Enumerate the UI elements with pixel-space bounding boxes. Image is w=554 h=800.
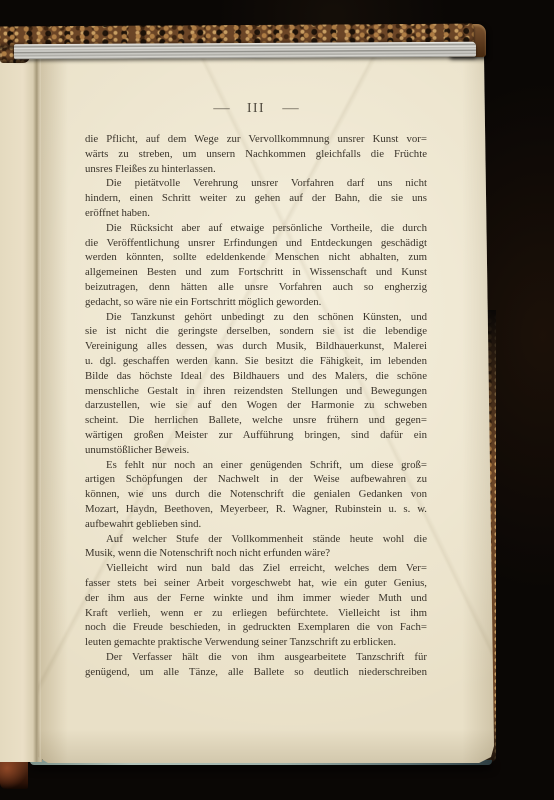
text-line: Mozart, Haydn, Beethoven, Meyerbeer, R. … (85, 502, 427, 517)
paragraph: Vielleicht wird nun bald das Ziel erreic… (85, 561, 427, 650)
paragraph: Der Verfasser hält die von ihm ausgearbe… (85, 650, 427, 680)
text-line: Die pietätvolle Verehrung unsrer Vorfahr… (85, 176, 427, 191)
text-line: können, wie uns durch die Notenschrift d… (85, 487, 427, 502)
text-line: Auf welcher Stufe der Vollkommenheit stä… (85, 532, 427, 547)
text-line: Kraft verlieh, wenn er zu erliegen befür… (85, 606, 427, 621)
text-line: sie ist nicht die geringste derselben, s… (85, 324, 427, 339)
text-line: werden könnten, sollte edeldenkende Mens… (85, 250, 427, 265)
text-line: Vielleicht wird nun bald das Ziel erreic… (85, 561, 427, 576)
text-line: Die Rücksicht aber auf etwaige persönlic… (85, 221, 427, 236)
text-line: Der Verfasser hält die von ihm ausgearbe… (85, 650, 427, 665)
text-line: Es fehlt nur noch an einer genügenden Sc… (85, 458, 427, 473)
text-line: Bilde das höchste Ideal des Bildhauers u… (85, 369, 427, 384)
paragraph: Die Rücksicht aber auf etwaige persönlic… (85, 221, 427, 310)
header-dash-left: — (213, 100, 229, 116)
page-content: — III — die Pflicht, auf dem Wege zur Ve… (85, 100, 427, 679)
text-line: Die Tanzkunst gehört unbedingt zu den sc… (85, 310, 427, 325)
text-line: genügend, um alle Tänze, alle Ballete so… (85, 665, 427, 680)
text-line: eröffnet haben. (85, 206, 427, 221)
text-line: Vereinigung alles dessen, was durch Musi… (85, 339, 427, 354)
text-line: darzustellen, wie sie auf den Wogen der … (85, 398, 427, 413)
paragraph: die Pflicht, auf dem Wege zur Vervollkom… (85, 132, 427, 176)
text-line: fasser stets bei seiner Arbeit vorgeschw… (85, 576, 427, 591)
text-line: unsres Fleißes zu hinterlassen. (85, 162, 427, 177)
text-line: hindern, einen Schritt weiter zu gehen a… (85, 191, 427, 206)
text-line: scheint. Die herrlichen Ballete, welche … (85, 413, 427, 428)
text-line: beizutragen, denn hätten alle unsre Vorf… (85, 280, 427, 295)
text-line: wärts zu streben, um unsern Nachkommen g… (85, 147, 427, 162)
text-line: noch die Freude beschieden, in gedruckte… (85, 620, 427, 635)
header-dash-right: — (282, 100, 298, 116)
text-line: aufbewahrt geblieben sind. (85, 517, 427, 532)
text-line: menschliche Gestalt in ihren reizendsten… (85, 384, 427, 399)
text-block: die Pflicht, auf dem Wege zur Vervollkom… (85, 132, 427, 679)
text-line: allgemeinen Besten und zum Fortschritt i… (85, 265, 427, 280)
text-line: gedacht, so wäre nie ein Fortschritt mög… (85, 295, 427, 310)
paragraph: Die Tanzkunst gehört unbedingt zu den sc… (85, 310, 427, 458)
text-line: wärtigen großen Meister zur Aufführung b… (85, 428, 427, 443)
page-number: III (247, 100, 265, 116)
text-line: Musik, wenn die Notenschrift noch nicht … (85, 546, 427, 561)
text-line: artigen Schöpfungen der Nachwelt in der … (85, 472, 427, 487)
page-stack-edge (14, 42, 476, 59)
text-line: leuten gemachte praktische Verwendung se… (85, 635, 427, 650)
text-line: die Pflicht, auf dem Wege zur Vervollkom… (85, 132, 427, 147)
text-line: u. dgl. geschaffen werden kann. Sie besi… (85, 354, 427, 369)
paragraph: Auf welcher Stufe der Vollkommenheit stä… (85, 532, 427, 562)
page-header: — III — (85, 100, 427, 116)
text-line: die Veröffentlichung unsrer Erfindungen … (85, 236, 427, 251)
paragraph: Es fehlt nur noch an einer genügenden Sc… (85, 458, 427, 532)
text-line: der ihm aus der Ferne winkte und ihm imm… (85, 591, 427, 606)
paragraph: Die pietätvolle Verehrung unsrer Vorfahr… (85, 176, 427, 220)
gutter-crease (33, 56, 41, 762)
text-line: unumstößlicher Beweis. (85, 443, 427, 458)
book-cover-bottom-left-corner (0, 759, 28, 789)
